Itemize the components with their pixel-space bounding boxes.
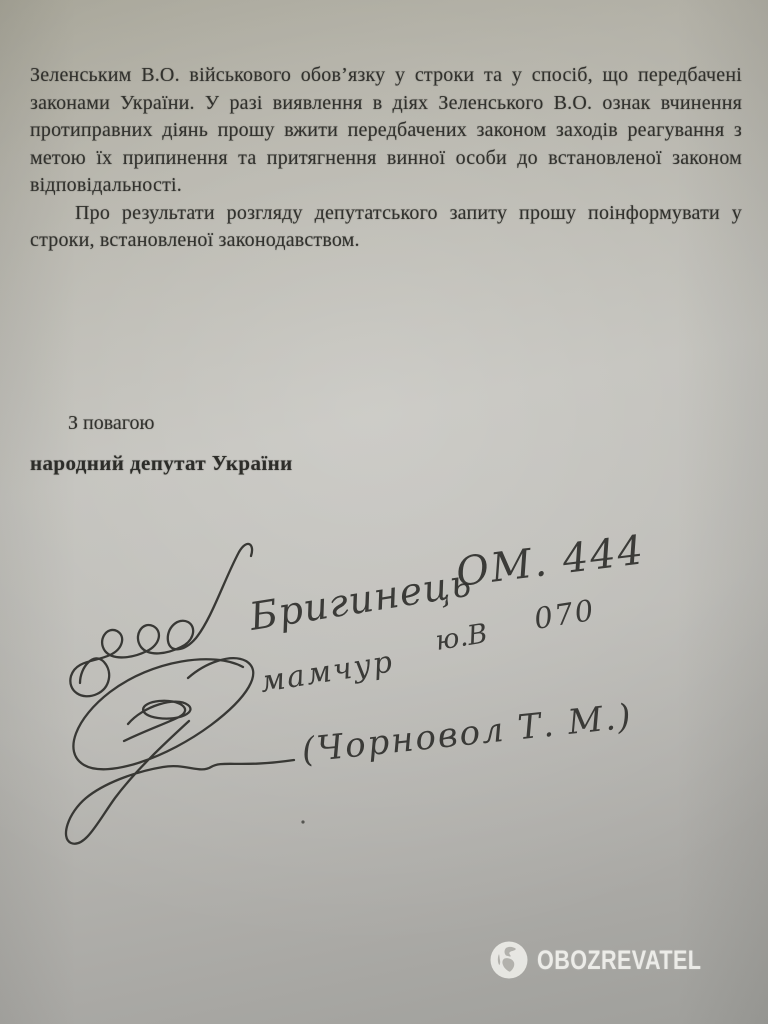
watermark: OBOZREVATEL — [490, 941, 743, 979]
document-photo: Зеленським В.О. військового обов’язку у … — [0, 0, 768, 1024]
signature-scribble-1 — [70, 544, 252, 696]
handwritten-initials-note: ю.В — [433, 618, 489, 657]
handwritten-name-2: мамчур — [258, 644, 397, 700]
ink-dot — [301, 820, 304, 823]
handwritten-badge-2: 070 — [532, 593, 598, 636]
signature-scribble-2 — [66, 658, 294, 844]
handwritten-caption: (Чорновол Т. М.) — [300, 696, 635, 771]
signatures-layer: Бригинець ОМ. 444 ю.В 070 мамчур (Чорнов… — [0, 0, 768, 1024]
globe-icon — [490, 941, 528, 979]
handwritten-badge-1: ОМ. 444 — [454, 527, 648, 596]
watermark-brand: OBOZREVATEL — [537, 945, 701, 976]
